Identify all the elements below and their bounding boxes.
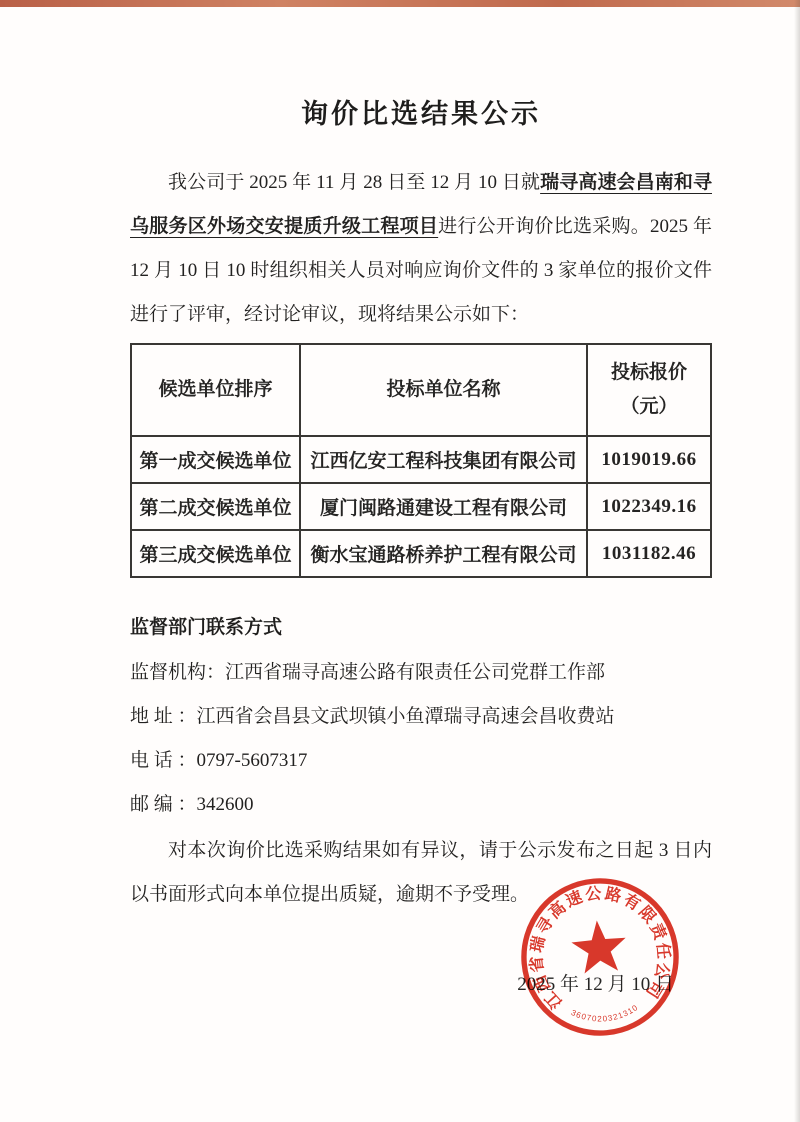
document-body: 询价比选结果公示 我公司于 2025 年 11 月 28 日至 12 月 10 … [130,92,712,996]
cell-rank: 第二成交候选单位 [131,483,300,530]
supervision-contact-heading: 监督部门联系方式 [130,612,712,639]
postal-code-line: 邮 编 ：342600 [130,783,712,827]
scan-edge-strip [0,0,800,7]
phone-line: 电 话 ：0797-5607317 [130,739,712,783]
cell-bidder-name: 衡水宝通路桥养护工程有限公司 [300,530,587,577]
header-bid-price-line1: 投标报价 [611,362,687,383]
bid-results-table: 候选单位排序 投标单位名称 投标报价（元） 第一成交候选单位 江西亿安工程科技集… [130,343,712,578]
page-title: 询价比选结果公示 [130,92,712,131]
address-line: 地 址 ：江西省会昌县文武坝镇小鱼潭瑞寻高速会昌收费站 [130,695,712,739]
scan-right-shadow [794,0,800,1122]
table-row: 第一成交候选单位 江西亿安工程科技集团有限公司 1019019.66 [131,436,711,483]
header-bid-price-line2: （元） [621,396,678,417]
svg-text:3607020321310: 3607020321310 [569,1002,641,1026]
header-candidate-rank: 候选单位排序 [131,344,300,436]
cell-bid-price: 1031182.46 [587,530,711,577]
cell-rank: 第一成交候选单位 [131,436,300,483]
official-seal: 江西省瑞寻高速公路有限责任公司 3607020321310 [508,865,692,1049]
table-row: 第二成交候选单位 厦门闽路通建设工程有限公司 1022349.16 [131,483,711,530]
cell-bidder-name: 厦门闽路通建设工程有限公司 [300,483,587,530]
cell-bid-price: 1022349.16 [587,483,711,530]
cell-rank: 第三成交候选单位 [131,530,300,577]
seal-code: 3607020321310 [569,1002,641,1026]
seal-star-icon [570,918,629,974]
supervision-agency-line: 监督机构：江西省瑞寻高速公路有限责任公司党群工作部 [130,651,712,695]
cell-bid-price: 1019019.66 [587,436,711,483]
table-row: 第三成交候选单位 衡水宝通路桥养护工程有限公司 1031182.46 [131,530,711,577]
table-header-row: 候选单位排序 投标单位名称 投标报价（元） [131,344,711,436]
cell-bidder-name: 江西亿安工程科技集团有限公司 [300,436,587,483]
header-bidder-name: 投标单位名称 [300,344,587,436]
intro-text-before: 我公司于 2025 年 11 月 28 日至 12 月 10 日就 [168,172,540,193]
intro-paragraph: 我公司于 2025 年 11 月 28 日至 12 月 10 日就瑞寻高速会昌南… [130,161,712,337]
header-bid-price: 投标报价（元） [587,344,711,436]
